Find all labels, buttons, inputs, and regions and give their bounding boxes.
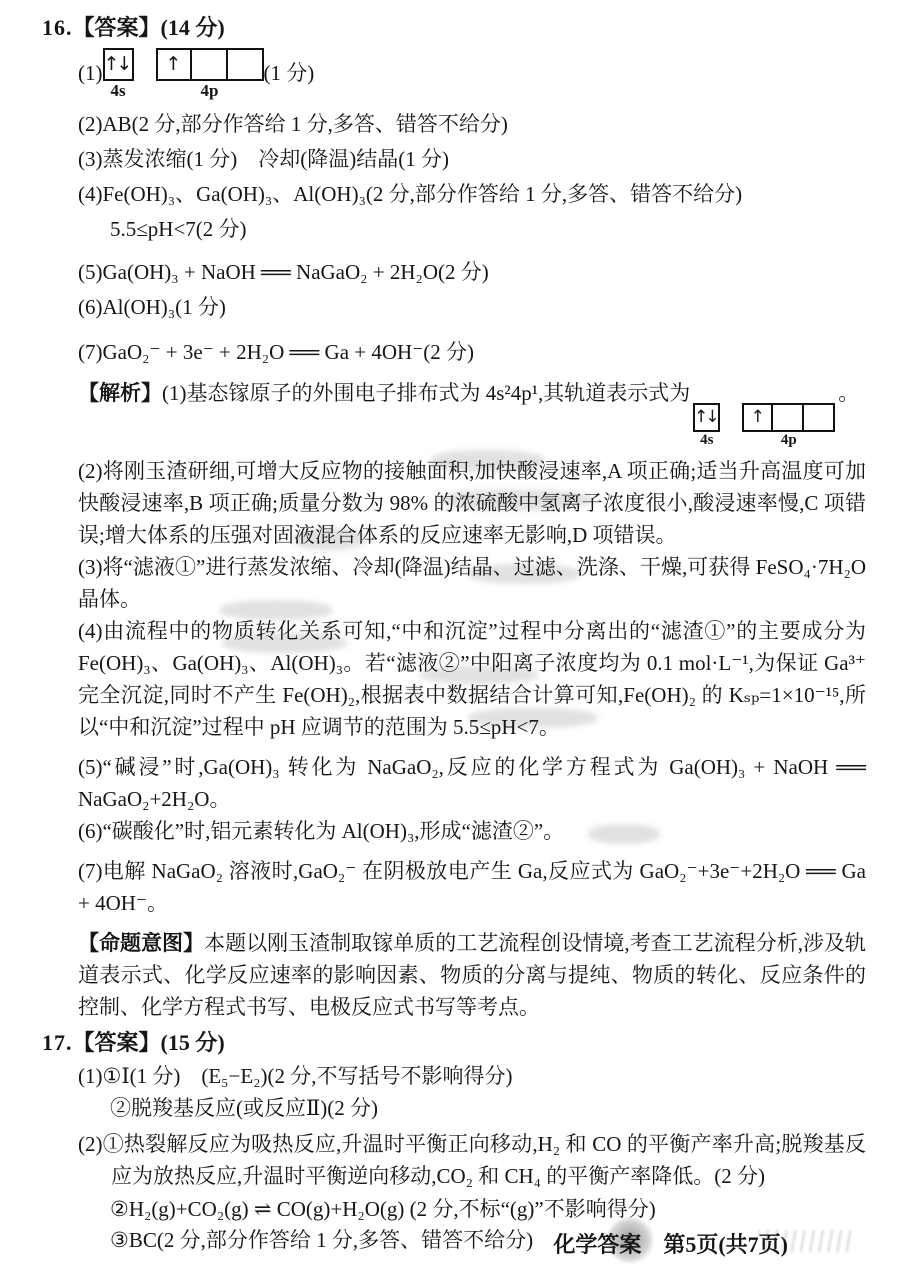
q16-answer-6: (6)Al(OH)₃(1 分)	[78, 294, 866, 321]
orbital-4p-box-2	[773, 403, 804, 432]
orbital-4s-label: 4s	[700, 432, 713, 449]
orbital-4p-label: 4p	[201, 81, 219, 101]
q16-points: (14 分)	[161, 15, 225, 40]
q16-analysis-3: (3)将“滤液①”进行蒸发浓缩、冷却(降温)结晶、过滤、洗涤、干燥,可获得 Fe…	[78, 551, 866, 615]
q17-points: (15 分)	[161, 1030, 225, 1055]
page-footer: 化学答案 第5页(共7页)	[0, 1228, 900, 1259]
footer-page-info: 第5页(共7页)	[663, 1228, 788, 1259]
orbital-4p-box-1: ↑	[156, 48, 192, 81]
question-17-block: 17.【答案】(15 分) (1)①Ⅰ(1 分) (E₅−E₂)(2 分,不写括…	[78, 1029, 866, 1254]
q16-intent-label: 【命题意图】	[78, 931, 204, 955]
q16-answer-4-ph-range: 5.5≤pH<7(2 分)	[110, 216, 866, 243]
orbital-4p-box-1: ↑	[742, 403, 773, 432]
q16-answer-5: (5)Ga(OH)₃ + NaOH ══ NaGaO₂ + 2H₂O(2 分)	[78, 259, 866, 286]
footer-doc-title: 化学答案	[553, 1228, 641, 1259]
q16-a1-points: (1 分)	[264, 61, 315, 85]
orbital-4s-group: ↑↓ 4s	[103, 48, 134, 101]
q16-answer-1: (1) ↑↓ 4s ↑ 4p (1 分)	[78, 48, 866, 101]
q17-number: 17.	[42, 1030, 73, 1055]
orbital-4p-box-2	[192, 48, 228, 81]
orbital-4p-group: ↑4p	[742, 403, 835, 449]
orbital-4s-box: ↑↓	[693, 403, 720, 432]
q16-a1-prefix: (1)	[78, 61, 103, 85]
orbital-4s-label: 4s	[110, 81, 125, 101]
orbital-4p-box-3	[228, 48, 264, 81]
orbital-4p-label: 4p	[781, 432, 797, 449]
orbital-4p-group: ↑ 4p	[156, 48, 264, 101]
orbital-4s-group: ↑↓4s	[693, 403, 720, 449]
q16-header: 16.【答案】(14 分)	[42, 14, 866, 42]
q16-answer-3: (3)蒸发浓缩(1 分) 冷却(降温)结晶(1 分)	[78, 146, 866, 173]
q16-analysis-6: (6)“碳酸化”时,铝元素转化为 Al(OH)₃,形成“滤渣②”。	[78, 815, 866, 847]
orbital-4s-box: ↑↓	[103, 48, 134, 81]
question-16-block: 16.【答案】(14 分) (1) ↑↓ 4s ↑ 4p	[78, 14, 866, 1023]
q16-answer-label: 【答案】	[73, 15, 161, 40]
q16-answer-4: (4)Fe(OH)₃、Ga(OH)₃、Al(OH)₃(2 分,部分作答给 1 分…	[78, 181, 866, 208]
orbital-diagram-small: ↑↓4s↑4p	[693, 403, 835, 449]
q17-answer-1b: ②脱羧基反应(或反应Ⅱ)(2 分)	[110, 1095, 866, 1122]
q16-analysis-5: (5)“碱浸”时,Ga(OH)₃ 转化为 NaGaO₂,反应的化学方程式为 Ga…	[78, 751, 866, 815]
page-content: 16.【答案】(14 分) (1) ↑↓ 4s ↑ 4p	[0, 0, 900, 1254]
q16-analysis-4: (4)由流程中的物质转化关系可知,“中和沉淀”过程中分离出的“滤渣①”的主要成分…	[78, 615, 866, 743]
q17-answer-2a: (2)①热裂解反应为吸热反应,升温时平衡正向移动,H₂ 和 CO 的平衡产率升高…	[78, 1128, 866, 1192]
q16-answer-2: (2)AB(2 分,部分作答给 1 分,多答、错答不给分)	[78, 111, 866, 138]
orbital-4p-box-3	[804, 403, 835, 432]
orbital-diagram: ↑↓ 4s ↑ 4p	[103, 48, 264, 101]
q17-answer-2b: ②H₂(g)+CO₂(g) ⇌ CO(g)+H₂O(g) (2 分,不标“(g)…	[110, 1196, 866, 1223]
q17-header: 17.【答案】(15 分)	[42, 1029, 866, 1057]
q16-analysis-label: 【解析】	[78, 381, 162, 405]
q16-analysis-7: (7)电解 NaGaO₂ 溶液时,GaO₂⁻ 在阴极放电产生 Ga,反应式为 G…	[78, 855, 866, 919]
q16-number: 16.	[42, 15, 73, 40]
q16-intent: 【命题意图】本题以刚玉渣制取镓单质的工艺流程创设情境,考查工艺流程分析,涉及轨道…	[78, 927, 866, 1023]
q16-analysis-2: (2)将刚玉渣研细,可增大反应物的接触面积,加快酸浸速率,A 项正确;适当升高温…	[78, 455, 866, 551]
q17-answer-1a: (1)①Ⅰ(1 分) (E₅−E₂)(2 分,不写括号不影响得分)	[78, 1063, 866, 1090]
q16-analysis-1: 【解析】(1)基态镓原子的外围电子排布式为 4s²4p¹,其轨道表示式为↑↓4s…	[78, 378, 866, 449]
exam-answer-page: 16.【答案】(14 分) (1) ↑↓ 4s ↑ 4p	[0, 0, 900, 1272]
q16-analysis-1-period: 。	[838, 381, 859, 405]
q16-analysis-1-text: (1)基态镓原子的外围电子排布式为 4s²4p¹,其轨道表示式为	[162, 381, 690, 405]
q17-answer-label: 【答案】	[73, 1030, 161, 1055]
q16-answer-7: (7)GaO₂⁻ + 3e⁻ + 2H₂O ══ Ga + 4OH⁻(2 分)	[78, 339, 866, 366]
